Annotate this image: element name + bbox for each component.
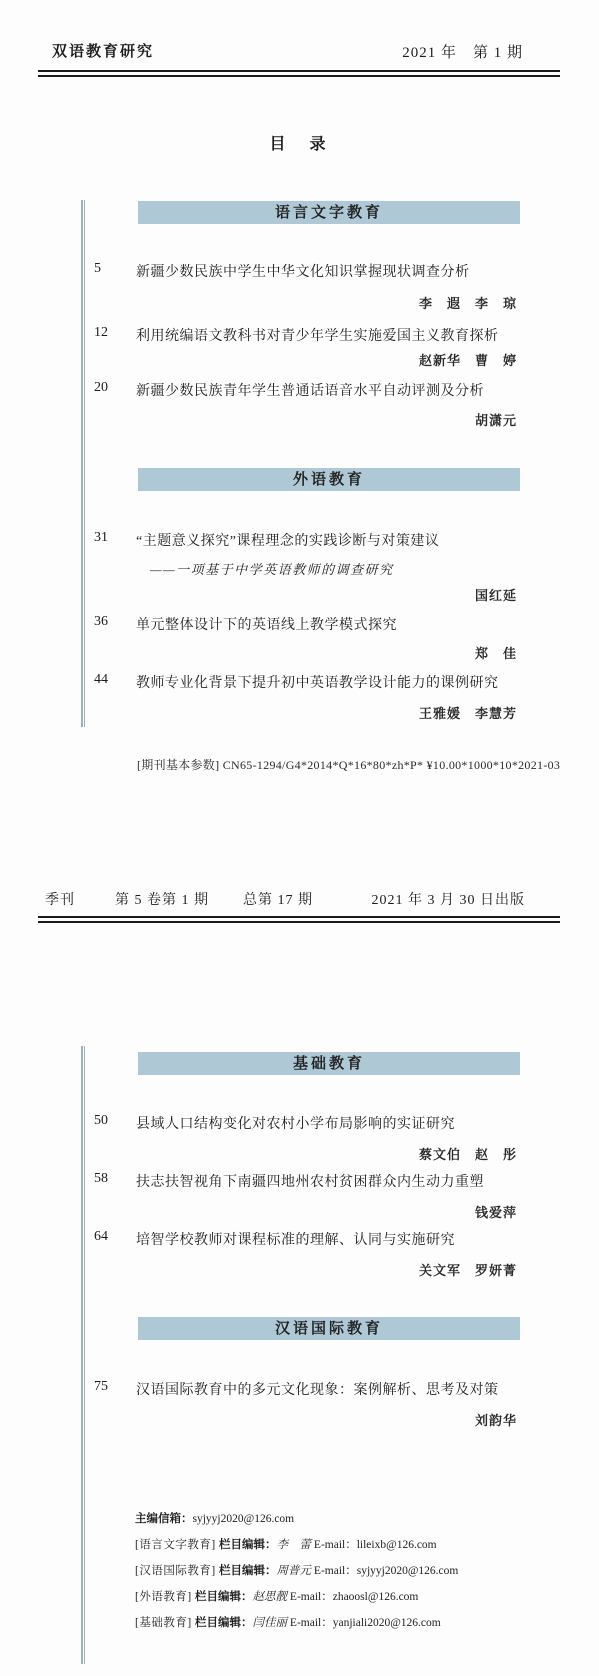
article-page-number: 20 [94,380,108,396]
masthead-cumulative-issue: 总第 17 期 [243,889,313,909]
section-bar-foreign-language-education: 外语教育 [138,468,520,491]
contact-line-language-education: [语言文字教育] 栏目编辑：李 蕾 E-mail：lileixb@126.com [135,1536,437,1552]
article-page-number: 44 [94,672,108,688]
article-authors: 赵新华 曹 婷 [419,350,517,369]
contact-line-foreign-language-education: [外语教育] 栏目编辑：赵思靓 E-mail：zhaoosl@126.com [135,1588,418,1604]
journal-toc-page: 双语教育研究 2021 年 第 1 期 目 录 语言文字教育 5 新疆少数民族中… [0,0,599,1676]
contact-email: syjyyj2020@126.com [357,1565,459,1577]
contact-editor-name: 李 蕾 [277,1539,312,1551]
contact-label: 栏目编辑： [195,1591,253,1603]
article-authors: 关文军 罗妍菁 [419,1260,517,1279]
contact-email: syjyyj2020@126.com [193,1513,295,1525]
article-page-number: 58 [94,1171,108,1187]
article-page-number: 31 [94,530,108,546]
article-title: 培智学校教师对课程标准的理解、认同与实施研究 [136,1229,455,1249]
article-page-number: 12 [94,325,108,341]
section-label: 外语教育 [293,471,365,488]
contact-editor-name: 周普元 [277,1565,312,1577]
article-title: 新疆少数民族青年学生普通话语音水平自动评测及分析 [136,380,484,400]
article-subtitle: ——一项基于中学英语教师的调查研究 [150,559,394,578]
contact-email: yanjiali2020@126.com [333,1617,441,1629]
article-authors: 钱爱萍 [475,1202,517,1221]
article-authors: 蔡文伯 赵 彤 [419,1144,517,1163]
left-vertical-rule-page1 [81,200,85,727]
toc-title: 目 录 [0,131,599,154]
section-bar-chinese-international-education: 汉语国际教育 [138,1317,520,1340]
contact-email-label: E-mail： [311,1565,357,1577]
article-title: “主题意义探究”课程理念的实践诊断与对策建议 [136,530,439,550]
article-authors: 李 遐 李 琼 [419,293,517,312]
contact-editor-name: 赵思靓 [253,1591,288,1603]
article-page-number: 5 [94,261,101,277]
article-page-number: 75 [94,1379,108,1395]
contact-email-label: E-mail： [287,1591,333,1603]
section-label: 基础教育 [293,1055,365,1072]
contact-email: zhaoosl@126.com [333,1591,419,1603]
article-title: 汉语国际教育中的多元文化现象：案例解析、思考及对策 [136,1379,499,1399]
issue-label: 2021 年 第 1 期 [402,41,523,62]
contact-label: 栏目编辑： [219,1565,277,1577]
section-label: 语言文字教育 [275,204,383,221]
contact-section: [基础教育] [135,1617,195,1629]
contact-email-label: E-mail： [287,1617,333,1629]
article-title: 新疆少数民族中学生中华文化知识掌握现状调查分析 [136,261,470,281]
contact-section: [汉语国际教育] [135,1565,219,1577]
contact-email-label: E-mail： [311,1539,357,1551]
journal-basic-parameters: [期刊基本参数] CN65-1294/G4*2014*Q*16*80*zh*P*… [137,756,560,773]
article-authors: 胡潇元 [475,410,517,429]
journal-title: 双语教育研究 [52,40,154,61]
section-label: 汉语国际教育 [275,1320,383,1337]
article-title: 扶志扶智视角下南疆四地州农村贫困群众内生动力重塑 [136,1171,484,1191]
contact-editor-name: 闫佳丽 [253,1617,288,1629]
article-authors: 刘韵华 [475,1410,517,1429]
header-rule [38,70,560,77]
section-bar-language-education: 语言文字教育 [138,201,520,224]
article-title: 教师专业化背景下提升初中英语教学设计能力的课例研究 [136,672,499,692]
contact-label: 栏目编辑： [219,1539,277,1551]
article-title: 利用统编语文教科书对青少年学生实施爱国主义教育探析 [136,325,499,345]
contact-email: lileixb@126.com [357,1539,437,1551]
contact-line-basic-education: [基础教育] 栏目编辑：闫佳丽 E-mail：yanjiali2020@126.… [135,1614,441,1630]
article-title: 单元整体设计下的英语线上教学模式探究 [136,614,397,634]
article-authors: 王雅媛 李慧芳 [419,703,517,722]
contact-line-chief-editor: 主编信箱：syjyyj2020@126.com [135,1510,294,1526]
article-page-number: 64 [94,1229,108,1245]
article-authors: 国红延 [475,585,517,604]
masthead-publish-date: 2021 年 3 月 30 日出版 [372,889,526,909]
contact-label: 栏目编辑： [195,1617,253,1629]
article-authors: 郑 佳 [475,643,517,662]
masthead-volume-issue: 第 5 卷第 1 期 [115,889,209,909]
left-vertical-rule-page2 [81,1046,85,1664]
article-page-number: 50 [94,1113,108,1129]
contact-line-chinese-international-education: [汉语国际教育] 栏目编辑：周普元 E-mail：syjyyj2020@126.… [135,1562,458,1578]
contact-section: [外语教育] [135,1591,195,1603]
section-bar-basic-education: 基础教育 [138,1052,520,1075]
article-title: 县域人口结构变化对农村小学布局影响的实证研究 [136,1113,455,1133]
contact-label: 主编信箱： [135,1513,193,1525]
contact-section: [语言文字教育] [135,1539,219,1551]
article-page-number: 36 [94,614,108,630]
masthead-frequency: 季刊 [45,889,75,909]
masthead-rule [38,916,560,923]
